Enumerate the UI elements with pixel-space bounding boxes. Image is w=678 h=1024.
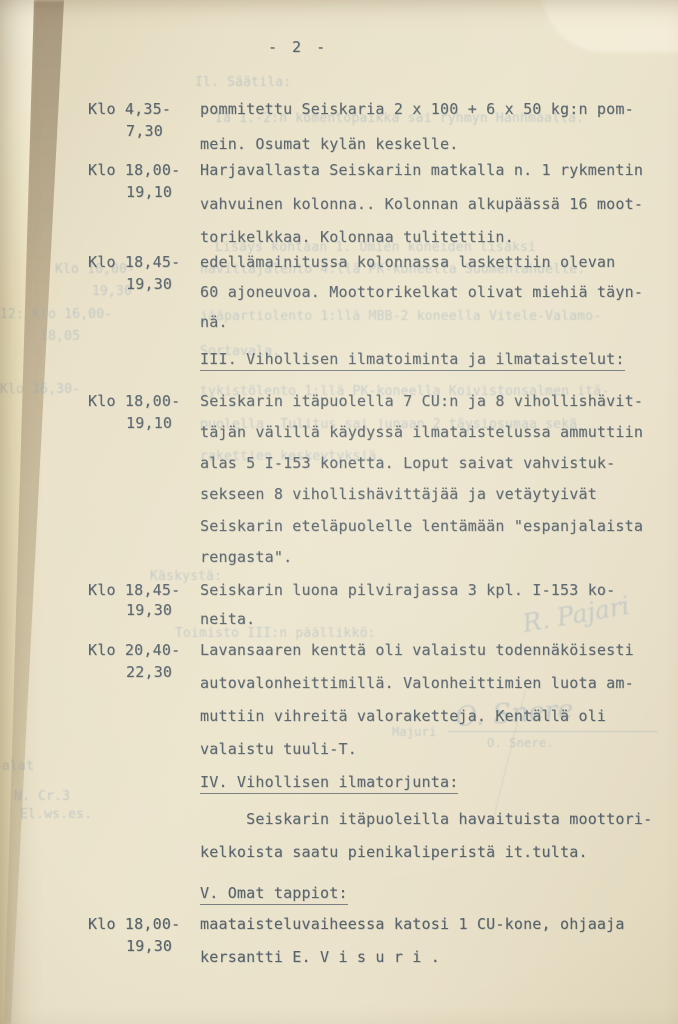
entry-time-end: 19,30 <box>126 277 172 292</box>
entry-line: täjän välillä käydyssä ilmataistelussa a… <box>200 425 643 440</box>
ghost-text-fragment: El.ws.es. <box>20 808 92 821</box>
section-heading-iii-label: III. Vihollisen ilmatoiminta ja ilmatais… <box>200 350 625 371</box>
ghost-text-fragment: Toimisto III:n päällikkö: <box>175 627 376 640</box>
entry-time-start: Klo 18,45- <box>88 255 180 270</box>
entry-line: Seiskarin luona pilvirajassa 3 kpl. I-15… <box>200 583 615 598</box>
entry-time-end: 19,30 <box>126 939 172 954</box>
entry-line: neita. <box>200 612 255 627</box>
ghost-signature-line <box>448 731 658 732</box>
entry-line: edellämainitussa kolonnassa laskettiin o… <box>200 255 615 270</box>
entry-time-start: Klo 18,00- <box>88 394 180 409</box>
entry-line: valaistu tuuli-T. <box>200 742 357 757</box>
entry-line: Seiskarin itäpuolella 7 CU:n ja 8 viholl… <box>200 394 643 409</box>
entry-time-start: Klo 4,35- <box>88 102 171 117</box>
section-iv-line: Seiskarin itäpuoleilla havaituista moott… <box>200 812 652 827</box>
entry-line: 60 ajoneuvoa. Moottorikelkat olivat mieh… <box>200 285 643 300</box>
section-heading-iv: IV. Vihollisen ilmatorjunta: <box>200 775 458 790</box>
ghost-text-fragment: alat <box>2 760 34 773</box>
entry-time-end: 19,10 <box>126 416 172 431</box>
entry-line: sekseen 8 vihollishävittäjää ja vetäytyi… <box>200 487 597 502</box>
section-heading-iii: III. Vihollisen ilmatoiminta ja ilmatais… <box>200 352 625 367</box>
ghost-text-fragment: 12: Klo 16,00- <box>0 308 112 321</box>
ghost-text-fragment: Klo 16,30- <box>0 383 80 396</box>
ghost-text-fragment: Majuri <box>392 726 437 738</box>
ghost-text-fragment: jääpartiolento 1:llä MBB-2 koneella Vite… <box>200 310 601 323</box>
entry-line: Lavansaaren kenttä oli valaistu todennäk… <box>200 643 634 658</box>
entry-line: muttiin vihreitä valoraketteja. Kentällä… <box>200 709 606 724</box>
entry-time-start: Klo 18,45- <box>88 583 180 598</box>
corner-light-patch <box>542 0 678 52</box>
ghost-text-fragment: 18,05 <box>40 330 80 343</box>
entry-time-end: 19,10 <box>126 185 172 200</box>
page-edge-shadow <box>0 0 678 1024</box>
entry-line: mein. Osumat kylän keskelle. <box>200 137 458 152</box>
entry-time-end: 22,30 <box>126 665 172 680</box>
underlying-page-edge <box>0 0 678 1024</box>
entry-line: alas 5 I-153 konetta. Loput saivat vahvi… <box>200 456 615 471</box>
page-number: - 2 - <box>268 40 328 55</box>
ghost-text-fragment: N. Cr.3 <box>14 790 70 803</box>
section-heading-v: V. Omat tappiot: <box>200 886 348 901</box>
entry-line: nä. <box>200 315 228 330</box>
entry-time-end: 19,30 <box>126 603 172 618</box>
entry-line: Harjavallasta Seiskariin matkalla n. 1 r… <box>200 163 643 178</box>
entry-line: torikelkkaa. Kolonnaa tulitettiin. <box>200 230 514 245</box>
entry-line: Seiskarin eteläpuolelle lentämään "espan… <box>200 519 643 534</box>
section-heading-v-label: V. Omat tappiot: <box>200 884 348 905</box>
section-heading-iv-label: IV. Vihollisen ilmatorjunta: <box>200 773 458 794</box>
entry-time-start: Klo 18,00- <box>88 163 180 178</box>
section-iv-line: kelkoista saatu pienikaliperistä it.tult… <box>200 845 588 860</box>
entry-line: kersantti E. V i s u r i . <box>200 950 440 965</box>
entry-time-start: Klo 18,00- <box>88 917 180 932</box>
entry-line: rengasta". <box>200 550 292 565</box>
entry-line: autovalonheittimillä. Valonheittimien lu… <box>200 676 634 691</box>
entry-line: vahvuinen kolonna.. Kolonnan alkupäässä … <box>200 197 643 212</box>
entry-time-end: 7,30 <box>126 124 163 139</box>
entry-line: maataisteluvaiheessa katosi 1 CU-kone, o… <box>200 917 625 932</box>
entry-line: pommitettu Seiskaria 2 x 100 + 6 x 50 kg… <box>200 102 634 117</box>
ghost-text-fragment: O. Snere. <box>487 737 554 749</box>
ghost-text-fragment: Il. Säätila: <box>195 76 291 89</box>
entry-time-start: Klo 20,40- <box>88 643 180 658</box>
scanned-report-page: Il. Säätila: Ia 1.-2:n komentopaikka sai… <box>0 0 678 1024</box>
